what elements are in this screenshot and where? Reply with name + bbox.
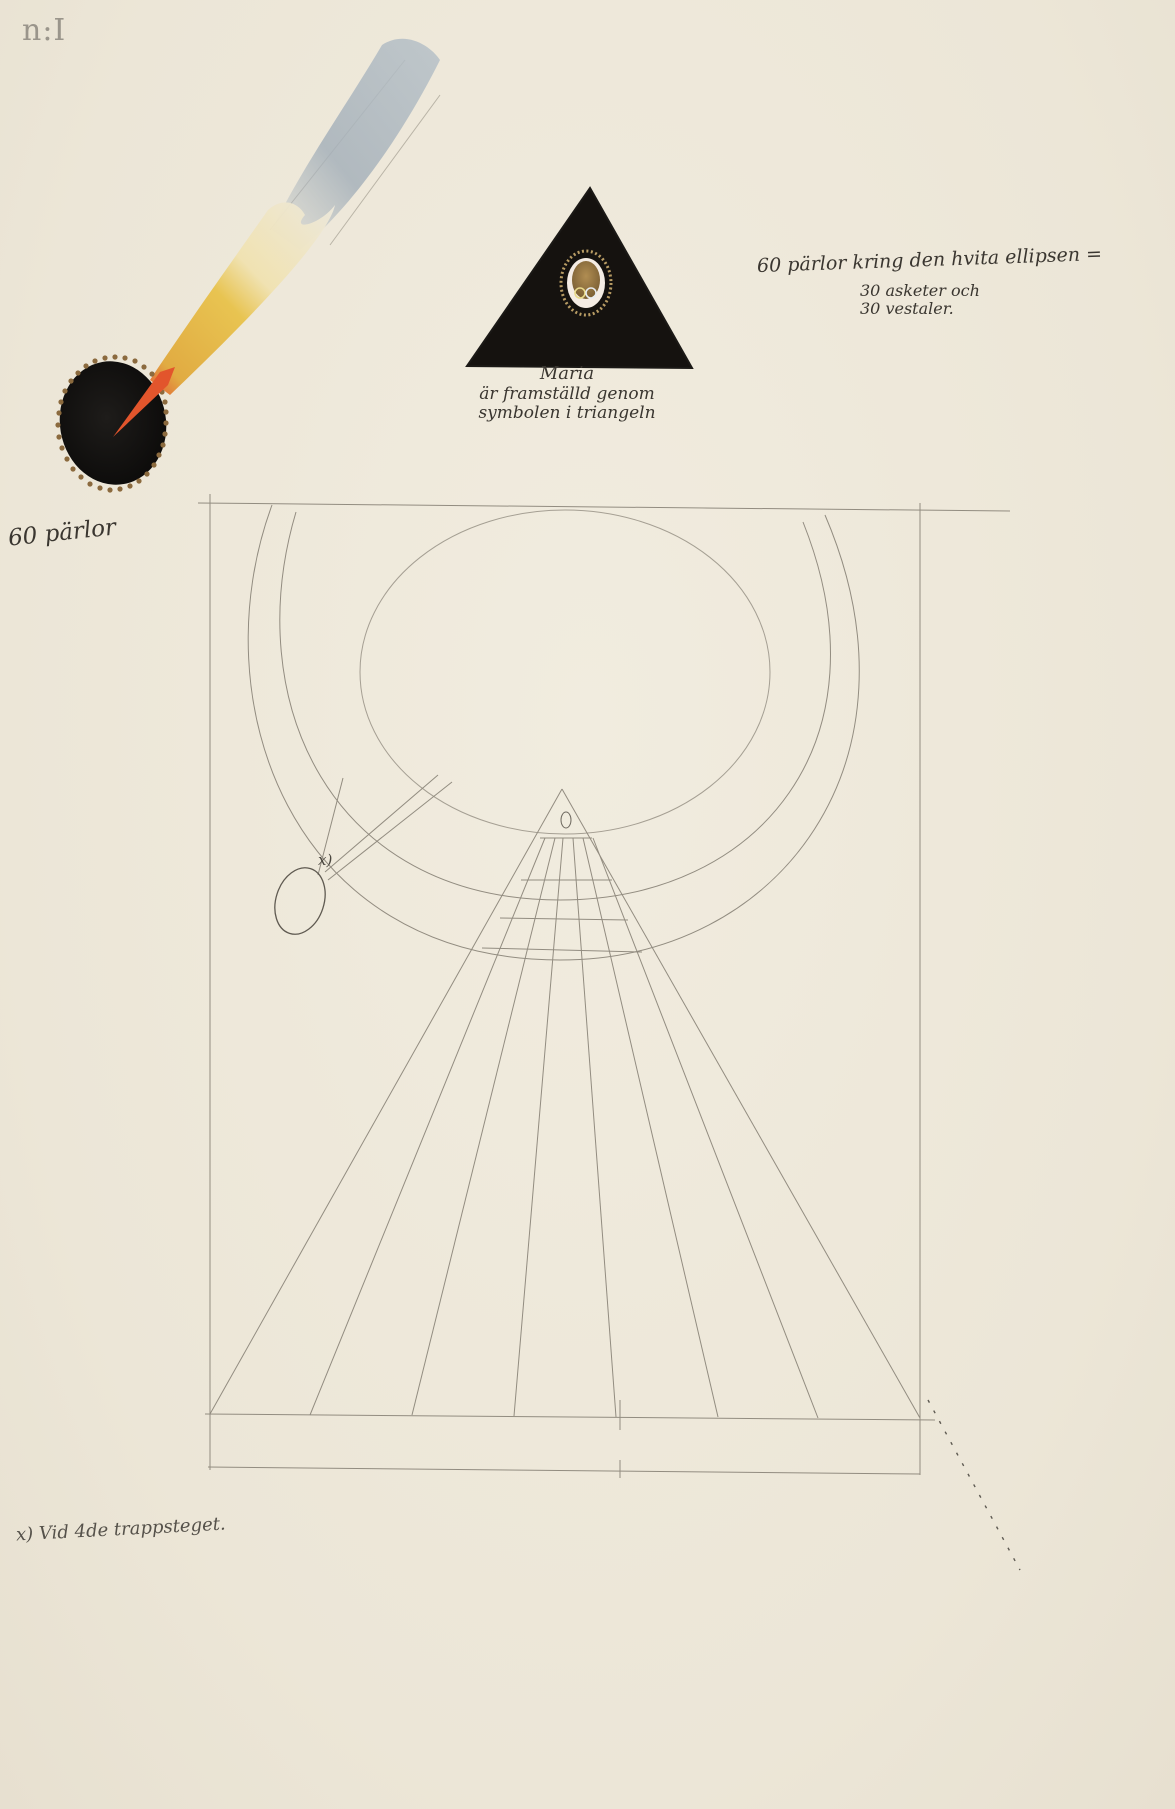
caption-line-1: Maria xyxy=(442,364,692,385)
ray-line xyxy=(325,775,438,872)
fan-line xyxy=(310,838,545,1415)
outer-arc xyxy=(248,505,859,960)
ellipse-note-sub: 30 asketer och 30 vestaler. xyxy=(860,282,980,319)
comet-tail-yellow xyxy=(150,202,335,395)
baseline xyxy=(205,1414,935,1420)
fan-line xyxy=(514,838,563,1416)
inner-circle xyxy=(360,510,770,834)
pencil-construction xyxy=(198,494,1020,1570)
ellipse-note-line-3: 30 vestaler. xyxy=(860,300,980,318)
step-line xyxy=(500,918,628,920)
plate-number: n:I xyxy=(22,14,66,49)
ellipse-note-line-2: 30 asketer och xyxy=(860,282,980,300)
step-line xyxy=(482,948,642,952)
perspective-right-edge xyxy=(562,789,920,1418)
dotted-line xyxy=(928,1400,1020,1570)
x-marker: x) xyxy=(318,852,332,869)
small-oval-apex xyxy=(561,812,571,828)
marked-ellipse xyxy=(267,861,334,941)
frame-bottom-line xyxy=(208,1467,920,1474)
inner-arc xyxy=(280,512,831,900)
fan-line xyxy=(412,838,555,1415)
maria-triangle xyxy=(467,188,692,368)
perspective-left-edge xyxy=(210,789,562,1414)
frame-top-line xyxy=(198,503,1010,511)
comet xyxy=(50,39,440,493)
ray-line xyxy=(328,782,452,880)
caption-line-2: är framställd genom xyxy=(442,385,692,405)
triangle-caption: Maria är framställd genom symbolen i tri… xyxy=(442,364,692,424)
fan-line xyxy=(573,838,616,1417)
fan-line xyxy=(583,838,718,1417)
caption-line-3: symbolen i triangeln xyxy=(442,404,692,424)
fan-line xyxy=(593,838,818,1418)
